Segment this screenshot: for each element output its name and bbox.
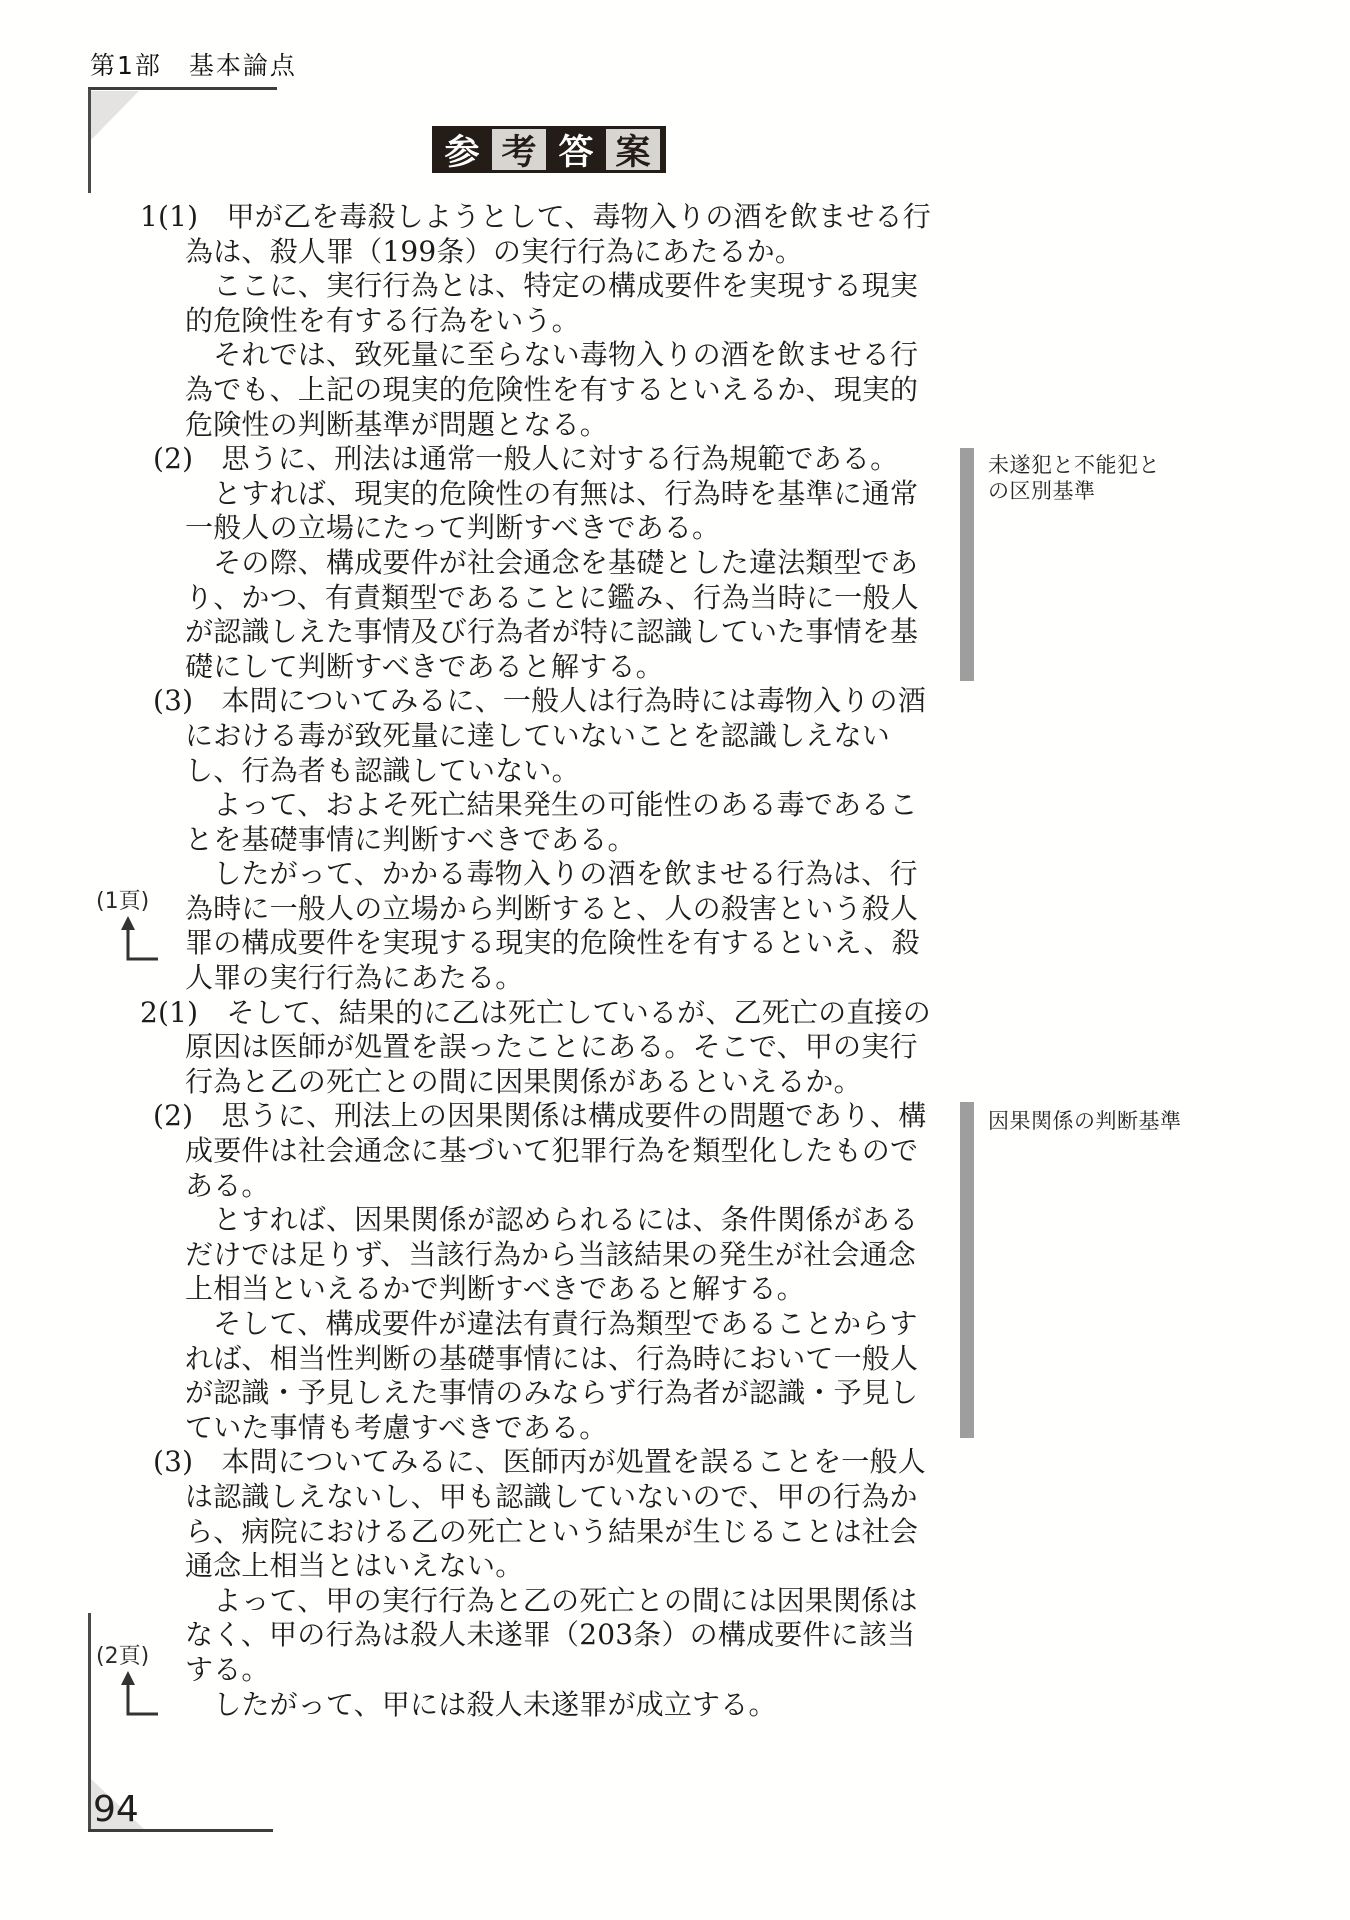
body-line: 礎にして判断すべきであると解する。 xyxy=(0,650,1000,685)
page-marker-2: (2頁) xyxy=(96,1639,149,1670)
left-rule-bottom xyxy=(88,1613,91,1832)
body-line: 一般人の立場にたって判断すべきである。 xyxy=(0,511,1000,546)
body-line: その際、構成要件が社会通念を基礎とした違法類型であ xyxy=(0,546,1000,581)
body-line: ていた事情も考慮すべきである。 xyxy=(0,1411,1000,1446)
header-underline xyxy=(88,87,277,90)
up-arrow-icon xyxy=(112,914,172,964)
body-line: だけでは足りず、当該行為から当該結果の発生が社会通念 xyxy=(0,1238,1000,1273)
up-arrow-icon xyxy=(112,1669,172,1719)
body-line: における毒が致死量に達していないことを認識しえない xyxy=(0,719,1000,754)
body-line: とすれば、現実的危険性の有無は、行為時を基準に通常 xyxy=(0,477,1000,512)
body-line: が認識・予見しえた事情のみならず行為者が認識・予見し xyxy=(0,1376,1000,1411)
margin-note-2: 因果関係の判断基準 xyxy=(988,1108,1288,1134)
chapter-header: 第1部 基本論点 xyxy=(90,46,297,82)
body-line: 人罪の実行行為にあたる。 xyxy=(0,961,1000,996)
body-line: れば、相当性判断の基礎事情には、行為時において一般人 xyxy=(0,1342,1000,1377)
body-line: とすれば、因果関係が認められるには、条件関係がある xyxy=(0,1203,1000,1238)
body-line: したがって、かかる毒物入りの酒を飲ませる行為は、行 xyxy=(0,857,1000,892)
body-line: 上相当といえるかで判断すべきであると解する。 xyxy=(0,1272,1000,1307)
body-line: 1(1) 甲が乙を毒殺しようとして、毒物入りの酒を飲ませる行 xyxy=(0,200,1000,235)
body-line: よって、甲の実行行為と乙の死亡との間には因果関係は xyxy=(0,1584,1000,1619)
reference-answer-title: 参考答案 xyxy=(432,126,666,173)
body-line: (2) 思うに、刑法は通常一般人に対する行為規範である。 xyxy=(0,442,1000,477)
margin-note-bar-1 xyxy=(960,448,974,681)
body-line: は認識しえないし、甲も認識していないので、甲の行為か xyxy=(0,1480,1000,1515)
page-number: 94 xyxy=(93,1789,139,1830)
body-line: (3) 本問についてみるに、医師丙が処置を誤ることを一般人 xyxy=(0,1445,1000,1480)
margin-note-line: 未遂犯と不能犯と xyxy=(988,452,1288,478)
body-line: 為は、殺人罪（199条）の実行行為にあたるか。 xyxy=(0,235,1000,270)
body-line: 2(1) そして、結果的に乙は死亡しているが、乙死亡の直接の xyxy=(0,996,1000,1031)
body-line: なく、甲の行為は殺人未遂罪（203条）の構成要件に該当 xyxy=(0,1618,1000,1653)
title-char-tile: 答 xyxy=(549,129,603,170)
body-line: 的危険性を有する行為をいう。 xyxy=(0,304,1000,339)
left-rule-top xyxy=(88,89,91,193)
body-line: 原因は医師が処置を誤ったことにある。そこで、甲の実行 xyxy=(0,1030,1000,1065)
body-line: が認識しえた事情及び行為者が特に認識していた事情を基 xyxy=(0,615,1000,650)
margin-note-bar-2 xyxy=(960,1102,974,1438)
body-line: り、かつ、有責類型であることに鑑み、行為当時に一般人 xyxy=(0,581,1000,616)
body-line: 通念上相当とはいえない。 xyxy=(0,1549,1000,1584)
margin-note-1: 未遂犯と不能犯と の区別基準 xyxy=(988,452,1288,504)
body-line: 危険性の判断基準が問題となる。 xyxy=(0,408,1000,443)
margin-note-line: の区別基準 xyxy=(988,478,1288,504)
page-marker-1: (1頁) xyxy=(96,884,149,915)
body-line: そして、構成要件が違法有責行為類型であることからす xyxy=(0,1307,1000,1342)
body-line: とを基礎事情に判断すべきである。 xyxy=(0,823,1000,858)
body-line: それでは、致死量に至らない毒物入りの酒を飲ませる行 xyxy=(0,338,1000,373)
body-line: ある。 xyxy=(0,1169,1000,1204)
body-line: ここに、実行行為とは、特定の構成要件を実現する現実 xyxy=(0,269,1000,304)
body-line: し、行為者も認識していない。 xyxy=(0,754,1000,789)
margin-note-line: 因果関係の判断基準 xyxy=(988,1108,1288,1134)
body-line: 為でも、上記の現実的危険性を有するといえるか、現実的 xyxy=(0,373,1000,408)
body-line: (2) 思うに、刑法上の因果関係は構成要件の問題であり、構 xyxy=(0,1099,1000,1134)
title-char-tile: 案 xyxy=(603,129,663,170)
body-line: ら、病院における乙の死亡という結果が生じることは社会 xyxy=(0,1515,1000,1550)
body-line: (3) 本問についてみるに、一般人は行為時には毒物入りの酒 xyxy=(0,684,1000,719)
body-line: 成要件は社会通念に基づいて犯罪行為を類型化したもので xyxy=(0,1134,1000,1169)
textbook-page: 第1部 基本論点 参考答案 1(1) 甲が乙を毒殺しようとして、毒物入りの酒を飲… xyxy=(0,0,1350,1920)
body-line: 行為と乙の死亡との間に因果関係があるといえるか。 xyxy=(0,1065,1000,1100)
title-char-tile: 参 xyxy=(435,129,489,170)
body-line: よって、およそ死亡結果発生の可能性のある毒であるこ xyxy=(0,788,1000,823)
corner-triangle-top xyxy=(91,91,139,140)
title-char-tile: 考 xyxy=(489,129,549,170)
